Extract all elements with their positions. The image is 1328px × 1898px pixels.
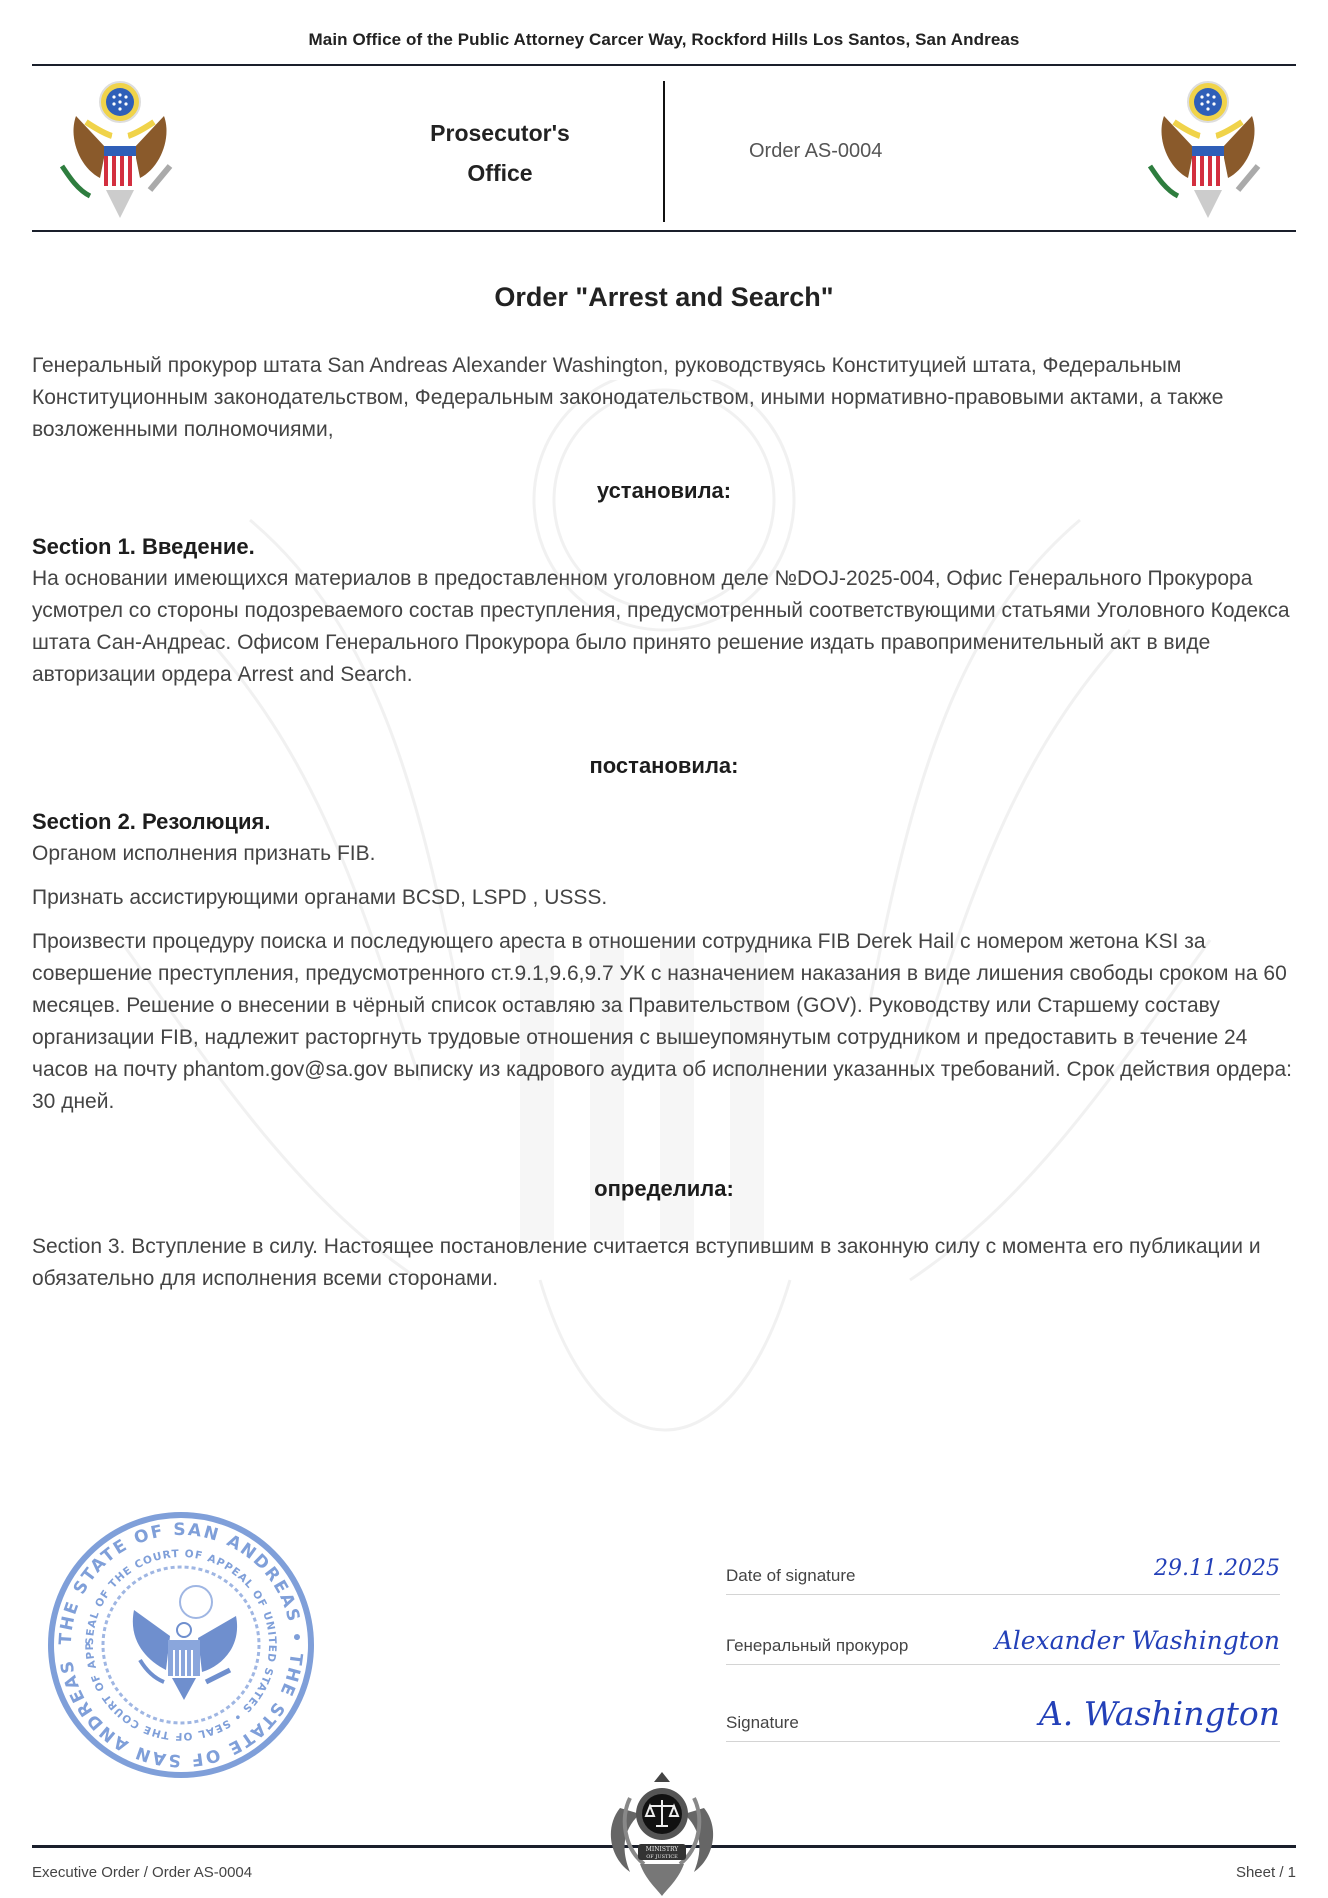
footer-document-reference: Executive Order / Order AS-0004 <box>32 1864 252 1881</box>
preamble: Генеральный прокурор штата San Andreas A… <box>32 350 1296 446</box>
signature-line <box>726 1741 1280 1742</box>
court-seal-icon: THE STATE OF SAN ANDREAS • THE STATE OF … <box>46 1510 316 1780</box>
section-2-paragraph: Органом исполнения признать FIB. <box>32 838 1296 870</box>
order-number: Order AS-0004 <box>749 140 882 163</box>
preamble-text: Генеральный прокурор штата San Andreas A… <box>32 350 1296 446</box>
office-name: Prosecutor's Office <box>380 113 620 193</box>
prosecutor-general-label: Генеральный прокурор <box>726 1636 908 1656</box>
section-3: Section 3. Вступление в силу. Настоящее … <box>32 1231 1296 1295</box>
header-bottom-rule <box>32 230 1296 232</box>
signature-label: Signature <box>726 1713 799 1733</box>
section-2-heading: Section 2. Резолюция. <box>32 806 1296 838</box>
section-1-heading: Section 1. Введение. <box>32 531 1296 563</box>
office-name-line1: Prosecutor's <box>380 113 620 153</box>
footer-sheet-number: Sheet / 1 <box>1236 1864 1296 1881</box>
great-seal-eagle-icon <box>50 78 190 226</box>
header-divider <box>663 81 665 222</box>
date-of-signature-value: 29.11.2025 <box>1154 1556 1280 1581</box>
header-top-rule <box>32 64 1296 66</box>
document-title: Order "Arrest and Search" <box>0 282 1328 313</box>
crest-text-line2: OF JUSTICE <box>646 1854 678 1860</box>
office-name-line2: Office <box>380 153 620 193</box>
crest-text-line1: MINISTRY <box>646 1846 680 1853</box>
section-1: Section 1. Введение. На основании имеющи… <box>32 531 1296 691</box>
great-seal-eagle-icon <box>1138 78 1278 226</box>
signature-line <box>726 1664 1280 1665</box>
section-2-paragraph: Признать ассистирующими органами BCSD, L… <box>32 882 1296 914</box>
section-2: Section 2. Резолюция. Органом исполнения… <box>32 806 1296 1118</box>
section-1-text: На основании имеющихся материалов в пред… <box>32 563 1296 691</box>
section-2-paragraph: Произвести процедуру поиска и последующе… <box>32 926 1296 1118</box>
signature-value: A. Washington <box>1039 1694 1280 1733</box>
office-address: Main Office of the Public Attorney Carce… <box>0 30 1328 50</box>
heading-established: установила: <box>32 478 1296 504</box>
signature-line <box>726 1594 1280 1595</box>
prosecutor-general-name: Alexander Washington <box>995 1626 1280 1655</box>
heading-resolved: постановила: <box>32 753 1296 779</box>
section-3-text: Section 3. Вступление в силу. Настоящее … <box>32 1231 1296 1295</box>
date-of-signature-label: Date of signature <box>726 1566 855 1586</box>
heading-determined: определила: <box>32 1176 1296 1202</box>
ministry-of-justice-crest-icon: MINISTRY OF JUSTICE <box>600 1768 724 1898</box>
